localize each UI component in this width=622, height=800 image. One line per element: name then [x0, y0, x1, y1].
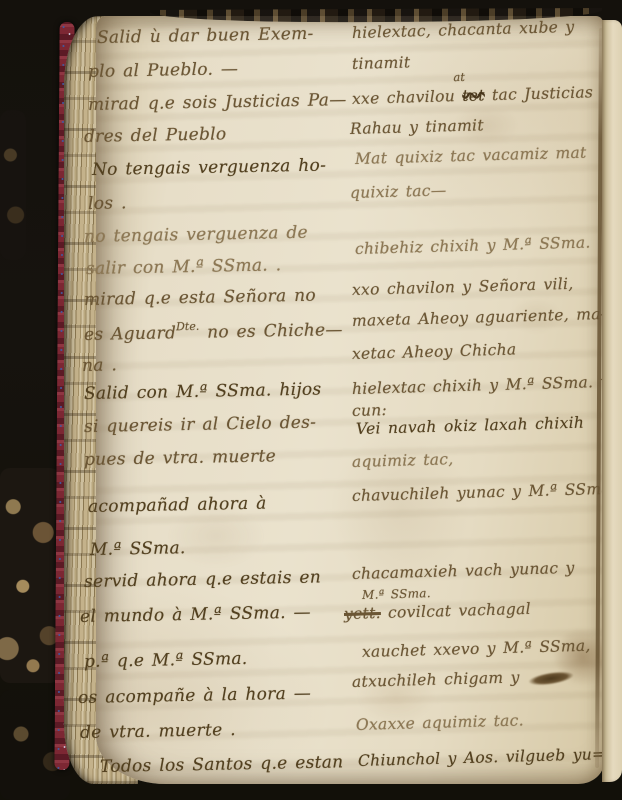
manuscript-line: dres del Pueblo: [84, 124, 227, 147]
ink-blot: [527, 669, 574, 688]
superscript-abbreviation: Dte.: [176, 320, 199, 333]
manuscript-line: na .: [82, 355, 117, 376]
manuscript-line: de vtra. muerte .: [80, 720, 236, 743]
book-scan: Salid ù dar buen Exem- plo al Pueblo. — …: [0, 0, 622, 800]
manuscript-line: salir con M.ª SSma. .: [86, 255, 282, 279]
manuscript-line: los .: [88, 193, 127, 214]
marbled-cover-fragment: [0, 468, 60, 683]
superscript-insertion: at: [453, 70, 465, 84]
manuscript-line: Salid ù dar buen Exem-: [97, 24, 314, 48]
manuscript-line: p.ª q.e M.ª SSma.: [84, 649, 248, 672]
superscript-insertion: M.ª SSma.: [362, 586, 431, 602]
manuscript-line: quixiz tac—: [350, 181, 447, 202]
manuscript-line: tinamit: [352, 53, 411, 73]
strikethrough-text: yett.: [344, 604, 381, 623]
manuscript-line: M.ª SSma.: [90, 538, 186, 560]
line-text: es Aguard: [84, 323, 177, 345]
manuscript-line: aquimiz tac,: [352, 450, 454, 471]
next-page-edge: [602, 20, 622, 782]
line-text: no es Chiche—: [199, 320, 343, 343]
manuscript-line: plo al Pueblo. —: [88, 59, 239, 82]
manuscript-line: cun:: [352, 401, 388, 420]
line-text: tac Justicias: [485, 83, 594, 104]
marbled-cover-fragment: [0, 110, 26, 260]
strikethrough-text: tet: [462, 86, 485, 105]
manuscript-line: pues de vtra. muerte: [84, 446, 276, 470]
manuscript-line: Rahau y tinamit: [350, 116, 484, 138]
line-text: xxe chavilou: [352, 87, 463, 108]
manuscript-line: no tengais verguenza de: [84, 223, 308, 247]
manuscript-line: acompañad ahora à: [88, 494, 267, 517]
